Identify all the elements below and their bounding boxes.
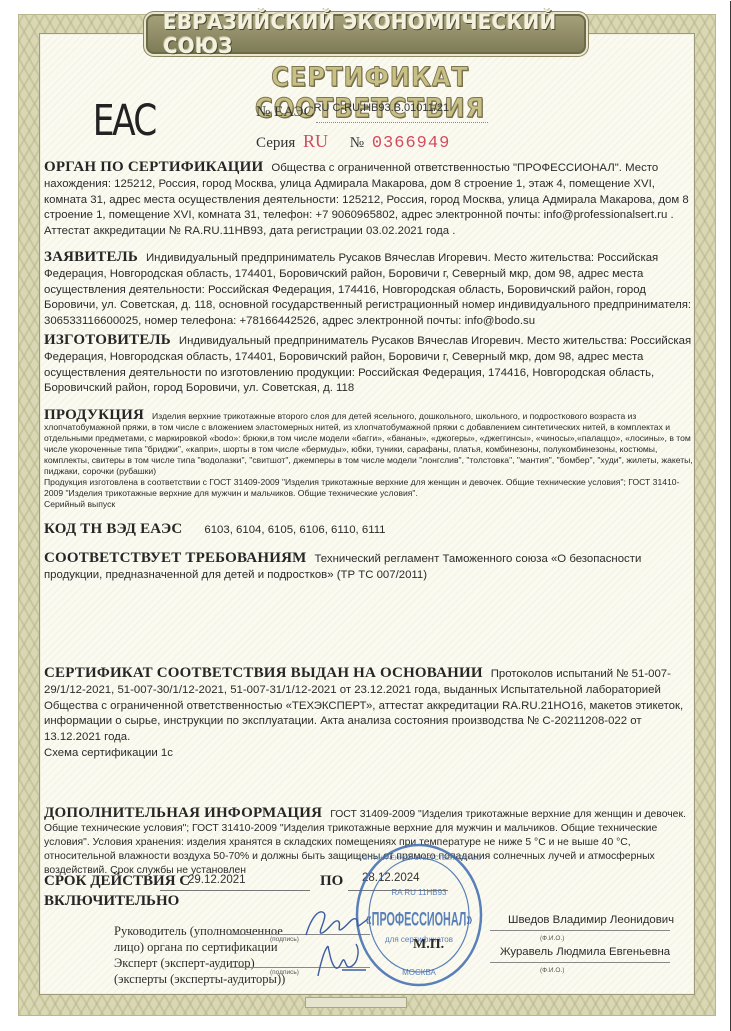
stamp-ring-top: С ОГРАНИЧЕННОЙ ОТВЕТСТВЕННОСТЬЮ bbox=[357, 854, 481, 862]
validity-inclusive-label: ВКЛЮЧИТЕЛЬНО bbox=[44, 893, 179, 910]
from-date-underline bbox=[160, 890, 310, 891]
reg-prefix: № ЕАЭС bbox=[256, 104, 314, 120]
seal-placeholder-label: М.П. bbox=[413, 937, 444, 953]
validity-to-label: ПО bbox=[320, 873, 343, 890]
eac-mark-icon: ЕАС bbox=[93, 96, 155, 146]
product-release-type: Серийный выпуск bbox=[44, 499, 694, 510]
blank-number: 0366949 bbox=[372, 134, 450, 153]
section-heading: ОРГАН ПО СЕРТИФИКАЦИИ bbox=[44, 159, 263, 175]
expert-signatory-name: Журавель Людмила Евгеньевна bbox=[500, 946, 670, 958]
seal-stamp-icon: RA RU 11НВ93 «ПРОФЕССИОНАЛ» для сертифик… bbox=[355, 843, 483, 988]
section-compliance: СООТВЕТСТВУЕТ ТРЕБОВАНИЯМТехнический рег… bbox=[44, 551, 694, 584]
blank-no-label: № bbox=[350, 135, 364, 151]
section-tn-ved: КОД ТН ВЭД ЕАЭС6103, 6104, 6105, 6106, 6… bbox=[44, 522, 694, 539]
tn-ved-codes: 6103, 6104, 6105, 6106, 6110, 6111 bbox=[204, 524, 385, 536]
series-label: Серия bbox=[256, 135, 295, 151]
union-banner: ЕВРАЗИЙСКИЙ ЭКОНОМИЧЕСКИЙ СОЮЗ bbox=[146, 14, 586, 54]
stamp-ring-bottom: МОСКВА bbox=[402, 968, 436, 977]
section-basis: СЕРТИФИКАТ СООТВЕТСТВИЯ ВЫДАН НА ОСНОВАН… bbox=[44, 666, 694, 762]
section-applicant: ЗАЯВИТЕЛЬИндивидуальный предприниматель … bbox=[44, 250, 694, 330]
section-heading: ИЗГОТОВИТЕЛЬ bbox=[44, 332, 171, 348]
section-certification-body: ОРГАН ПО СЕРТИФИКАЦИИОбщества с ограниче… bbox=[44, 160, 694, 240]
section-text: Индивидуальный предприниматель Русаков В… bbox=[44, 252, 691, 327]
expert-fio-line bbox=[490, 962, 670, 963]
head-fio-line bbox=[490, 930, 670, 931]
series-code: RU bbox=[303, 131, 328, 151]
head-fio-caption: (Ф.И.О.) bbox=[540, 935, 564, 942]
validity-from-date: 29.12.2021 bbox=[188, 874, 246, 886]
stamp-reg: RA RU 11НВ93 bbox=[392, 888, 448, 897]
section-heading: СООТВЕТСТВУЕТ ТРЕБОВАНИЯМ bbox=[44, 550, 306, 566]
union-title: ЕВРАЗИЙСКИЙ ЭКОНОМИЧЕСКИЙ СОЮЗ bbox=[163, 10, 568, 58]
section-heading: ЗАЯВИТЕЛЬ bbox=[44, 249, 138, 265]
product-standards: Продукция изготовлена в соответствии с Г… bbox=[44, 477, 694, 499]
section-manufacturer: ИЗГОТОВИТЕЛЬИндивидуальный предпринимате… bbox=[44, 333, 694, 397]
reg-number-value: RU C-RU.HB93.B.01011/21 bbox=[314, 102, 450, 114]
printer-imprint bbox=[305, 997, 407, 1008]
expert-signature-icon bbox=[312, 940, 372, 980]
series-line: Серия RU № 0366949 bbox=[256, 131, 450, 153]
head-signatory-label: Руководитель (уполномоченное лицо) орган… bbox=[114, 923, 289, 955]
stamp-center: «ПРОФЕССИОНАЛ» bbox=[366, 909, 473, 930]
expert-signatory-label: Эксперт (эксперт-аудитор) (эксперты (экс… bbox=[114, 955, 289, 987]
section-heading: ПРОДУКЦИЯ bbox=[44, 407, 144, 423]
reg-underline bbox=[316, 122, 488, 123]
section-heading: ДОПОЛНИТЕЛЬНАЯ ИНФОРМАЦИЯ bbox=[44, 805, 322, 821]
certification-scheme: Схема сертификации 1с bbox=[44, 746, 694, 762]
section-heading: КОД ТН ВЭД ЕАЭС bbox=[44, 521, 182, 537]
expert-fio-caption: (Ф.И.О.) bbox=[540, 967, 564, 974]
head-signatory-name: Шведов Владимир Леонидович bbox=[508, 914, 674, 926]
validity-from-label: СРОК ДЕЙСТВИЯ С bbox=[44, 873, 190, 890]
section-heading: СЕРТИФИКАТ СООТВЕТСТВИЯ ВЫДАН НА ОСНОВАН… bbox=[44, 665, 483, 681]
expert-signature-caption: (подпись) bbox=[270, 969, 299, 976]
head-signature-icon bbox=[302, 905, 372, 943]
section-product: ПРОДУКЦИЯИзделия верхние трикотажные вто… bbox=[44, 410, 694, 510]
head-signature-caption: (подпись) bbox=[270, 936, 299, 943]
registration-number: № ЕАЭСRU C-RU.HB93.B.01011/21 bbox=[256, 104, 449, 121]
